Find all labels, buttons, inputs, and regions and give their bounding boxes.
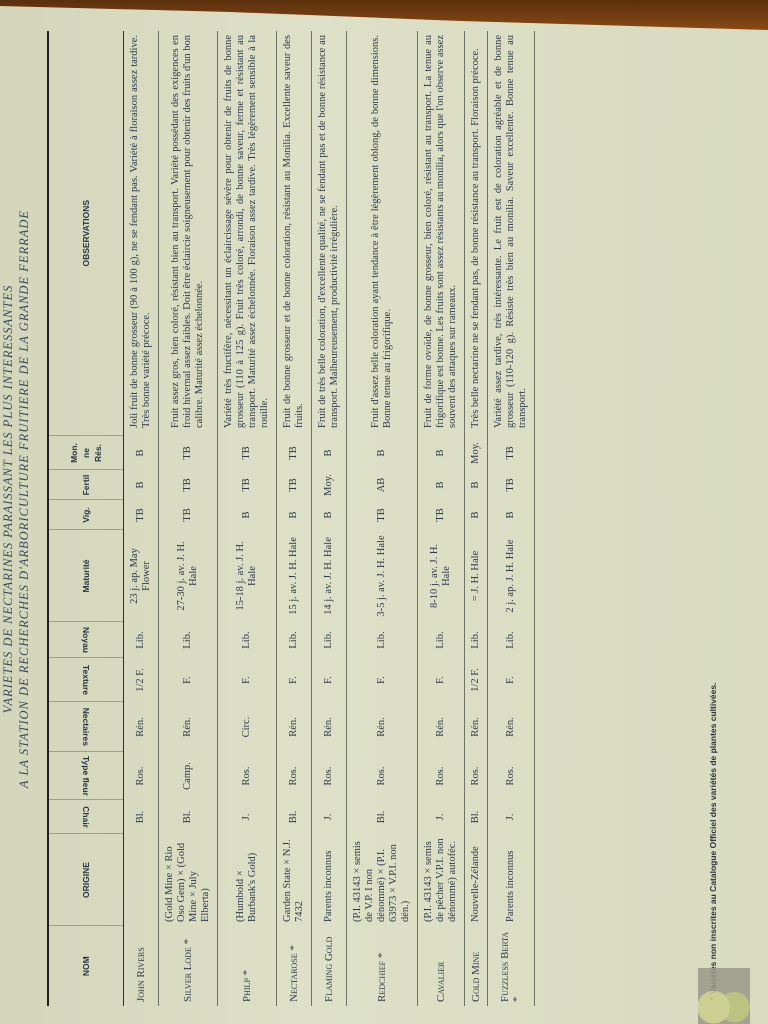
cell-origine: Nouvelle-Zélande bbox=[465, 834, 488, 926]
table-row: Gold Mine Nouvelle-Zélande Bl. Ros. Rén.… bbox=[465, 31, 488, 1006]
cell-vig: TB bbox=[159, 500, 218, 530]
header-observations: OBSERVATIONS bbox=[48, 31, 124, 436]
cell-observations: Fruit de bonne grosseur et de bonne colo… bbox=[277, 31, 312, 436]
cell-noyau: Lib. bbox=[465, 622, 488, 658]
cell-nom: Silver Lode * bbox=[159, 926, 218, 1006]
cell-origine: Parents inconnus bbox=[488, 834, 535, 926]
cell-origine: (Humbold × Burbank's Gold) bbox=[218, 834, 277, 926]
table-row: John Rivers Bl. Ros. Rén. 1/2 F. Lib. 23… bbox=[124, 31, 159, 1006]
cell-noyau: Lib. bbox=[124, 622, 159, 658]
cell-fertil: B bbox=[465, 470, 488, 500]
cell-nom: Flaming Gold bbox=[312, 926, 347, 1006]
cell-type-fleur: Ros. bbox=[124, 752, 159, 800]
cell-observations: Fruit d'assez belle coloration ayant ten… bbox=[347, 31, 418, 436]
cell-maturite: 27-30 j. av. J. H. Hale bbox=[159, 530, 218, 622]
header-nom: NOM bbox=[48, 926, 124, 1006]
table-row: Nectarose * Garden State × N.J. 7432 Bl.… bbox=[277, 31, 312, 1006]
cell-maturite: 8-10 j. av. J. H. Hale bbox=[418, 530, 465, 622]
title-line-2: A LA STATION DE RECHERCHES D'ARBORICULTU… bbox=[16, 19, 32, 979]
table-row: Cavalier (P.I. 43143 × semis de pêcher V… bbox=[418, 31, 465, 1006]
cell-chair: Bl. bbox=[347, 800, 418, 834]
header-noyau: Noyau bbox=[48, 622, 124, 658]
cell-observations: Très belle nectarine ne se fendant pas, … bbox=[465, 31, 488, 436]
cell-type-fleur: Camp. bbox=[159, 752, 218, 800]
fruit-thumbnail bbox=[698, 968, 750, 1024]
cell-nectaires: Rén. bbox=[347, 702, 418, 752]
cell-maturite: 14 j. av. J. H. Hale bbox=[312, 530, 347, 622]
header-fertil: Fertil bbox=[48, 470, 124, 500]
cell-noyau: Lib. bbox=[277, 622, 312, 658]
cell-chair: J. bbox=[418, 800, 465, 834]
cell-noyau: Lib. bbox=[347, 622, 418, 658]
table-row: Philp * (Humbold × Burbank's Gold) J. Ro… bbox=[218, 31, 277, 1006]
cell-noyau: Lib. bbox=[159, 622, 218, 658]
document-page: VARIETES DE NECTARINES PARAISSANT LES PL… bbox=[0, 0, 768, 1024]
cell-chair: J. bbox=[312, 800, 347, 834]
cell-noyau: Lib. bbox=[418, 622, 465, 658]
cell-nectaires: Rén. bbox=[465, 702, 488, 752]
cell-fertil: TB bbox=[488, 470, 535, 500]
header-texture: Texture bbox=[48, 658, 124, 702]
cell-mon-ne-res: B bbox=[418, 436, 465, 470]
cell-nectaires: Rén. bbox=[124, 702, 159, 752]
cell-maturite: 2 j. ap. J. H. Hale bbox=[488, 530, 535, 622]
cell-type-fleur: Ros. bbox=[218, 752, 277, 800]
cell-chair: Bl. bbox=[159, 800, 218, 834]
cell-origine: (P.I. 43143 × semis de V.P. I non dénomm… bbox=[347, 834, 418, 926]
table-row: Silver Lode * (Gold Mine × Rio Oso Gem) … bbox=[159, 31, 218, 1006]
cell-maturite: 3-5 j. av. J. H. Hale bbox=[347, 530, 418, 622]
cell-texture: F. bbox=[277, 658, 312, 702]
cell-nectaires: Rén. bbox=[277, 702, 312, 752]
cell-type-fleur: Ros. bbox=[488, 752, 535, 800]
cell-fertil: Moy. bbox=[312, 470, 347, 500]
cell-origine: (Gold Mine × Rio Oso Gem) × (Gold Mine ×… bbox=[159, 834, 218, 926]
cell-mon-ne-res: TB bbox=[218, 436, 277, 470]
cell-fertil: TB bbox=[277, 470, 312, 500]
cell-nom: Fuzzless Berta * bbox=[488, 926, 535, 1006]
cell-chair: J. bbox=[488, 800, 535, 834]
cell-maturite: 15-18 j. av. J. H. Hale bbox=[218, 530, 277, 622]
cell-texture: 1/2 F. bbox=[124, 658, 159, 702]
cell-fertil: TB bbox=[218, 470, 277, 500]
cell-nectaires: Rén. bbox=[418, 702, 465, 752]
cell-type-fleur: Ros. bbox=[312, 752, 347, 800]
nectarine-varieties-table: NOM ORIGINE Chair Type fleur Nectaires T… bbox=[47, 31, 535, 1006]
cell-maturite: 23 j. ap. May Flower bbox=[124, 530, 159, 622]
cell-texture: F. bbox=[218, 658, 277, 702]
cell-texture: F. bbox=[418, 658, 465, 702]
cell-maturite: = J. H. Hale bbox=[465, 530, 488, 622]
footnote: * Variétés non inscrites au Catalogue Of… bbox=[708, 683, 718, 1000]
header-origine: ORIGINE bbox=[48, 834, 124, 926]
cell-nom: Redchief * bbox=[347, 926, 418, 1006]
cell-nom: John Rivers bbox=[124, 926, 159, 1006]
cell-observations: Joli fruit de bonne grosseur (90 à 100 g… bbox=[124, 31, 159, 436]
cell-type-fleur: Ros. bbox=[418, 752, 465, 800]
cell-chair: Bl. bbox=[277, 800, 312, 834]
cell-nom: Gold Mine bbox=[465, 926, 488, 1006]
cell-observations: Fruit assez gros, bien coloré, résistant… bbox=[159, 31, 218, 436]
cell-texture: F. bbox=[159, 658, 218, 702]
cell-noyau: Lib. bbox=[218, 622, 277, 658]
cell-mon-ne-res: TB bbox=[488, 436, 535, 470]
cell-nectaires: Rén. bbox=[159, 702, 218, 752]
cell-vig: B bbox=[465, 500, 488, 530]
title-line-1: VARIETES DE NECTARINES PARAISSANT LES PL… bbox=[0, 19, 16, 979]
cell-origine bbox=[124, 834, 159, 926]
table-row: Flaming Gold Parents inconnus J. Ros. Ré… bbox=[312, 31, 347, 1006]
cell-observations: Fruit de forme ovoïde, de bonne grosseur… bbox=[418, 31, 465, 436]
cell-fertil: B bbox=[418, 470, 465, 500]
header-chair: Chair bbox=[48, 800, 124, 834]
header-vig: Vig. bbox=[48, 500, 124, 530]
cell-texture: F. bbox=[488, 658, 535, 702]
cell-vig: TB bbox=[124, 500, 159, 530]
cell-type-fleur: Ros. bbox=[277, 752, 312, 800]
cell-nectaires: Rén. bbox=[312, 702, 347, 752]
cell-fertil: AB bbox=[347, 470, 418, 500]
header-mon-ne-res: Mon. ne Rés. bbox=[48, 436, 124, 470]
cell-mon-ne-res: B bbox=[312, 436, 347, 470]
cell-chair: Bl. bbox=[465, 800, 488, 834]
cell-mon-ne-res: B bbox=[124, 436, 159, 470]
cell-mon-ne-res: TB bbox=[159, 436, 218, 470]
cell-type-fleur: Ros. bbox=[465, 752, 488, 800]
table-row: Redchief * (P.I. 43143 × semis de V.P. I… bbox=[347, 31, 418, 1006]
cell-nom: Cavalier bbox=[418, 926, 465, 1006]
cell-observations: Variété très fructifère, nécessitant un … bbox=[218, 31, 277, 436]
cell-nectaires: Circ. bbox=[218, 702, 277, 752]
cell-nom: Nectarose * bbox=[277, 926, 312, 1006]
cell-chair: J. bbox=[218, 800, 277, 834]
cell-chair: Bl. bbox=[124, 800, 159, 834]
cell-origine: Parents inconnus bbox=[312, 834, 347, 926]
cell-mon-ne-res: Moy. bbox=[465, 436, 488, 470]
cell-texture: 1/2 F. bbox=[465, 658, 488, 702]
cell-nectaires: Rén. bbox=[488, 702, 535, 752]
cell-vig: B bbox=[218, 500, 277, 530]
cell-vig: B bbox=[312, 500, 347, 530]
cell-observations: Fruit de très belle coloration, d'excell… bbox=[312, 31, 347, 436]
cell-observations: Variété assez tardive, très intéressante… bbox=[488, 31, 535, 436]
document-title: VARIETES DE NECTARINES PARAISSANT LES PL… bbox=[0, 19, 32, 979]
cell-vig: B bbox=[277, 500, 312, 530]
header-type-fleur: Type fleur bbox=[48, 752, 124, 800]
cell-noyau: Lib. bbox=[312, 622, 347, 658]
cell-vig: B bbox=[488, 500, 535, 530]
cell-origine: Garden State × N.J. 7432 bbox=[277, 834, 312, 926]
cell-vig: TB bbox=[347, 500, 418, 530]
cell-fertil: B bbox=[124, 470, 159, 500]
cell-nom: Philp * bbox=[218, 926, 277, 1006]
cell-type-fleur: Ros. bbox=[347, 752, 418, 800]
cell-mon-ne-res: TB bbox=[277, 436, 312, 470]
cell-texture: F. bbox=[312, 658, 347, 702]
table-row: Fuzzless Berta * Parents inconnus J. Ros… bbox=[488, 31, 535, 1006]
header-maturite: Maturité bbox=[48, 530, 124, 622]
cell-noyau: Lib. bbox=[488, 622, 535, 658]
cell-maturite: 15 j. av. J. H. Hale bbox=[277, 530, 312, 622]
header-nectaires: Nectaires bbox=[48, 702, 124, 752]
header-row: NOM ORIGINE Chair Type fleur Nectaires T… bbox=[48, 31, 124, 1006]
cell-mon-ne-res: B bbox=[347, 436, 418, 470]
cell-vig: TB bbox=[418, 500, 465, 530]
cell-texture: F. bbox=[347, 658, 418, 702]
cell-origine: (P.I. 43143 × semis de pêcher V.P.I. non… bbox=[418, 834, 465, 926]
cell-fertil: TB bbox=[159, 470, 218, 500]
